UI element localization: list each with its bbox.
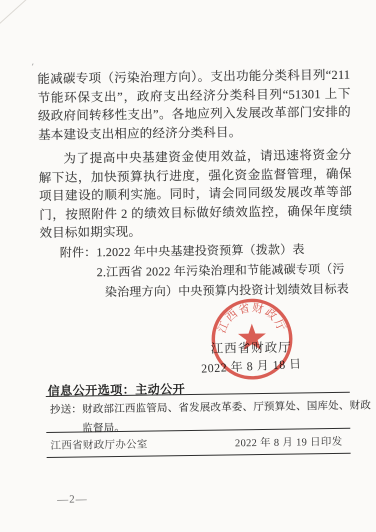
print-date: 2022 年 8 月 19 日印发	[235, 434, 343, 450]
official-seal-icon: 江西省财政厅	[208, 296, 295, 383]
page-number: —2—	[57, 493, 88, 505]
issuing-office: 江西省财政厅办公室	[50, 437, 147, 453]
body-paragraph-directive: 为了提高中央基建资金使用效益，请迅速将资金分解下达，加快预算执行进度，强化资金监…	[38, 146, 352, 243]
document-content: 能减碳专项（污染治理方向）。支出功能分类科目列“211 节能环保支出”，政府支出…	[0, 0, 376, 532]
divider-bottom	[47, 453, 351, 458]
seal-star-icon	[238, 323, 266, 350]
body-paragraph-continuation: 能减碳专项（污染治理方向）。支出功能分类科目列“211 节能环保支出”，政府支出…	[37, 66, 351, 144]
cc-line: 抄送：财政部江西监管局、省发展改革委、厅预算处、国库处、财政监督局。	[50, 397, 376, 439]
attachments-block: 附件： 1.2022 年中央基建投资预算（拨款）表 2.江西省 2022 年污染…	[60, 239, 353, 303]
attachments-label: 附件：	[60, 242, 97, 303]
cc-label: 抄送：	[50, 404, 82, 415]
attachments-list: 1.2022 年中央基建投资预算（拨款）表 2.江西省 2022 年污染治理和节…	[96, 239, 352, 303]
colophon-row: 江西省财政厅办公室 2022 年 8 月 19 日印发	[50, 434, 342, 453]
scanned-document-page: ′ 能减碳专项（污染治理方向）。支出功能分类科目列“211 节能环保支出”，政府…	[0, 0, 376, 532]
